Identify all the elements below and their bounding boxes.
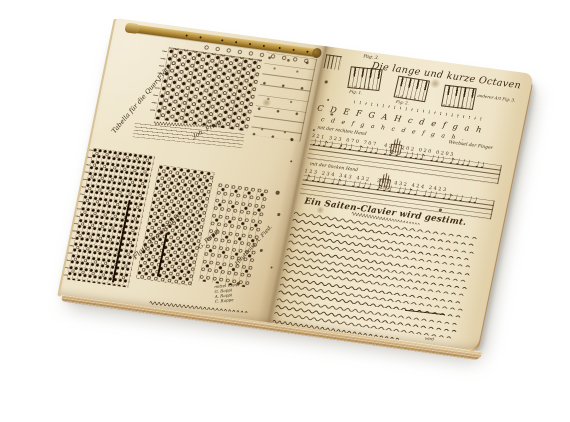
ink-blot: [270, 266, 272, 268]
ink-blot: [330, 113, 333, 115]
ink-blot: [275, 191, 280, 195]
ink-blot: [260, 249, 264, 252]
ink-blot: [325, 80, 328, 83]
photo-scene: Tabella für die Quer Flöte Joh. Fried. F…: [0, 0, 570, 422]
register-label-stack: mittel Rappi G. Rappi A. Rappi C. Rappe: [214, 282, 240, 304]
flute-hole: [186, 34, 189, 36]
flute-hole: [221, 39, 224, 41]
flute-end-cap: [312, 48, 323, 59]
flute-hole: [306, 50, 309, 52]
ink-blot: [237, 282, 240, 285]
flute-head-joint: [124, 22, 140, 33]
ink-blot: [290, 160, 292, 162]
flute-hole: [263, 44, 266, 46]
flute-hole: [199, 36, 202, 38]
flute-hole: [235, 41, 238, 43]
grid-black-bar: [111, 200, 130, 283]
flute-hole: [249, 43, 252, 45]
ink-blot: [277, 213, 280, 216]
ink-blot: [290, 138, 294, 141]
flute-hole: [292, 48, 295, 50]
manuscript-book: Tabella für die Quer Flöte Joh. Fried. F…: [58, 18, 534, 358]
book-transform: Tabella für die Quer Flöte Joh. Fried. F…: [58, 18, 534, 358]
ink-blot: [439, 208, 442, 211]
fingering-chart-top: [154, 47, 262, 131]
catchword: wird: [425, 335, 435, 341]
flute-hole: [279, 47, 282, 49]
